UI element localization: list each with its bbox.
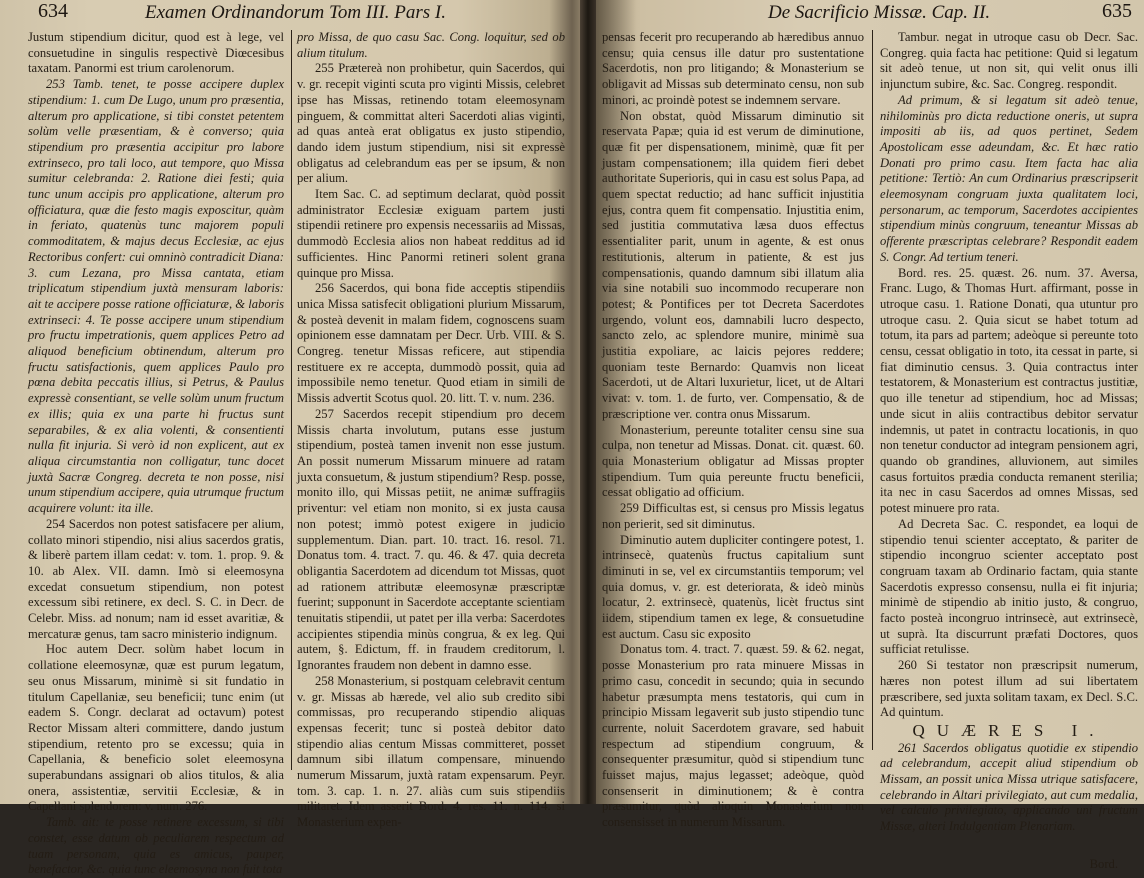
paragraph: Diminutio autem dupliciter contingere po…	[602, 533, 864, 643]
page-number-right: 635	[1102, 0, 1132, 23]
paragraph: Justum stipendium dicitur, quod est à le…	[28, 30, 284, 77]
left-column-1: Justum stipendium dicitur, quod est à le…	[28, 30, 284, 804]
running-head-right: De Sacrificio Missæ. Cap. II.	[768, 2, 990, 24]
left-column-2: pro Missa, de quo casu Sac. Cong. loquit…	[297, 30, 565, 804]
left-page: 634 Examen Ordinandorum Tom III. Pars I.…	[0, 0, 580, 804]
paragraph: 260 Si testator non præscripsit numerum,…	[880, 658, 1138, 721]
paragraph: 258 Monasterium, si postquam celebravit …	[297, 674, 565, 804]
right-page: De Sacrificio Missæ. Cap. II. 635 pensas…	[586, 0, 1144, 804]
book-spread: 634 Examen Ordinandorum Tom III. Pars I.…	[0, 0, 1144, 804]
paragraph: Non obstat, quòd Missarum diminutio sit …	[602, 109, 864, 423]
paragraph: Tambur. negat in utroque casu ob Decr. S…	[880, 30, 1138, 93]
paragraph: Ad Decreta Sac. C. respondet, ea loqui d…	[880, 517, 1138, 658]
paragraph: Item Sac. C. ad septimum declarat, quòd …	[297, 187, 565, 281]
paragraph: QUÆRES I.	[880, 723, 1138, 739]
column-rule	[291, 30, 292, 770]
paragraph: 253 Tamb. tenet, te posse accipere duple…	[28, 77, 284, 517]
paragraph: Hoc autem Decr. solùm habet locum in col…	[28, 642, 284, 804]
paragraph: 256 Sacerdos, qui bona fide acceptis sti…	[297, 281, 565, 407]
paragraph: pensas fecerit pro recuperando ab hæredi…	[602, 30, 864, 109]
paragraph: 255 Prætereà non prohibetur, quin Sacerd…	[297, 61, 565, 187]
right-column-1: pensas fecerit pro recuperando ab hæredi…	[602, 30, 864, 804]
paragraph: 259 Difficultas est, si census pro Missi…	[602, 501, 864, 532]
paragraph: Monasterium, pereunte totaliter censu si…	[602, 423, 864, 502]
column-rule	[872, 30, 873, 750]
right-column-2: Tambur. negat in utroque casu ob Decr. S…	[880, 30, 1138, 804]
page-number-left: 634	[38, 0, 68, 23]
paragraph: pro Missa, de quo casu Sac. Cong. loquit…	[297, 30, 565, 61]
paragraph: Donatus tom. 4. tract. 7. quæst. 59. & 6…	[602, 642, 864, 804]
paragraph: Bord. res. 25. quæst. 26. num. 37. Avers…	[880, 266, 1138, 517]
running-head-left: Examen Ordinandorum Tom III. Pars I.	[145, 2, 446, 24]
paragraph: Ad primum, & si legatum sit adeò tenue, …	[880, 93, 1138, 266]
paragraph: 261 Sacerdos obligatus quotidie ex stipe…	[880, 741, 1138, 804]
paragraph: 257 Sacerdos recepit stipendium pro dece…	[297, 407, 565, 674]
paragraph: 254 Sacerdos non potest satisfacere per …	[28, 517, 284, 643]
